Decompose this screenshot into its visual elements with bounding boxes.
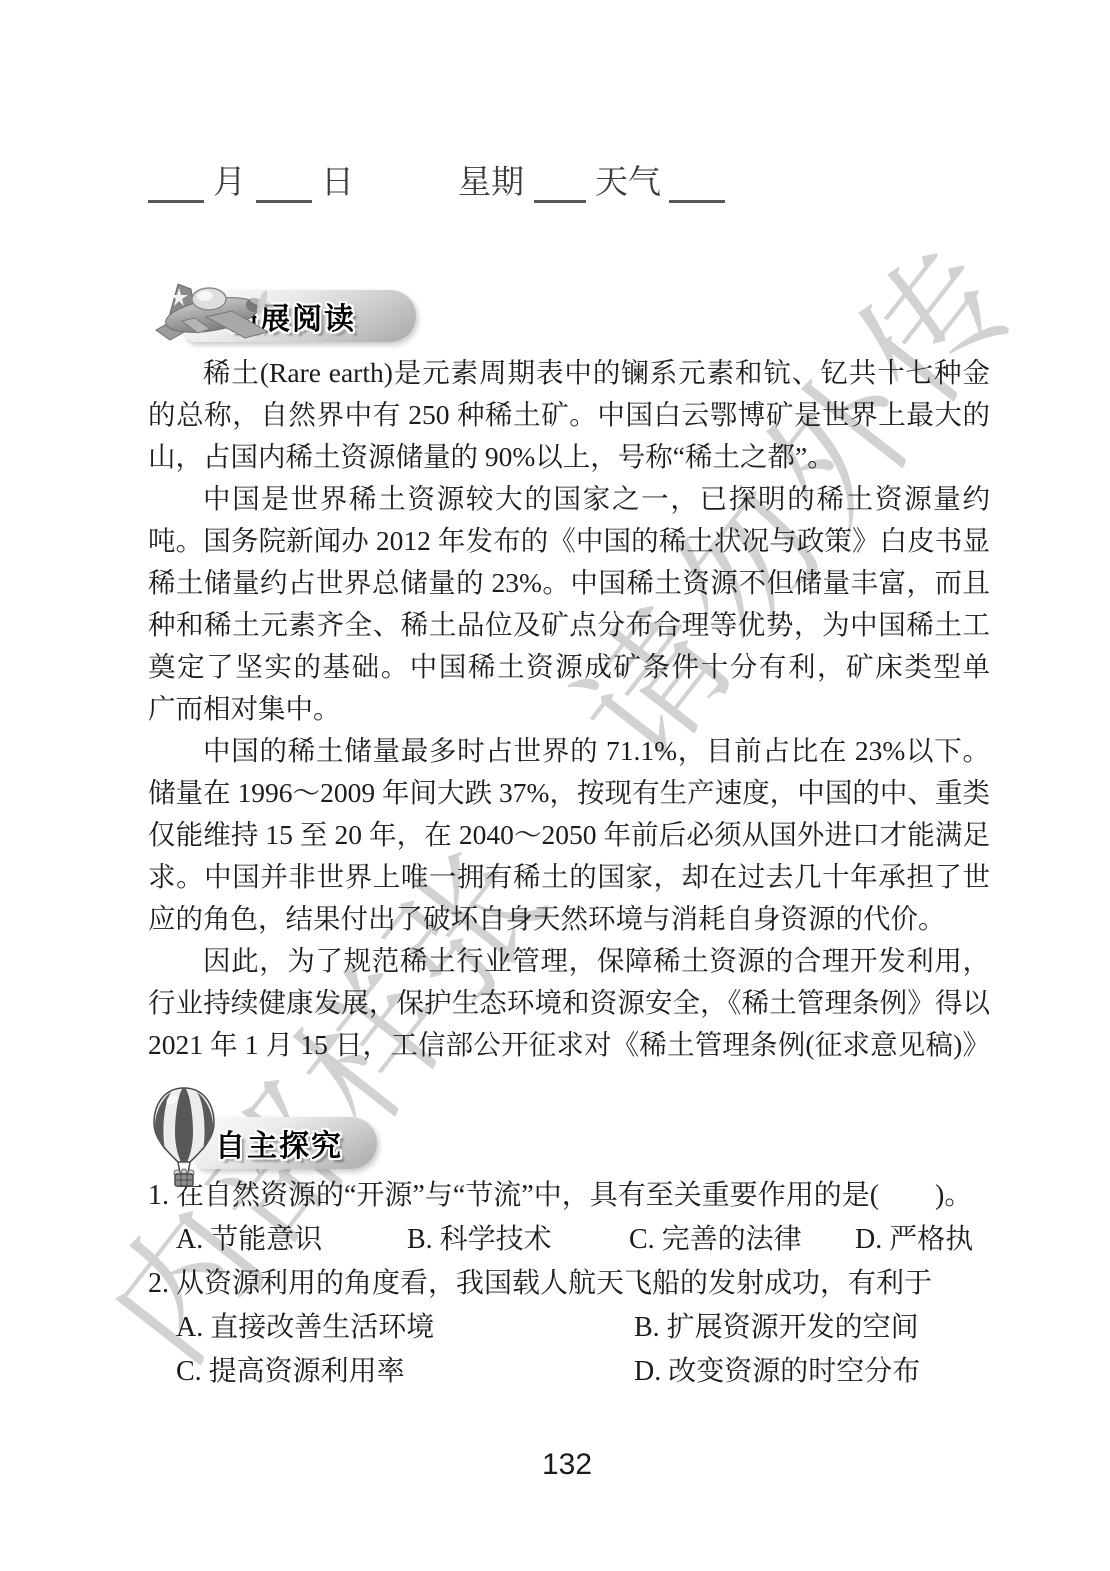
day-label: 日 — [321, 156, 354, 203]
reading-line: 稀土(Rare earth)是元素周期表中的镧系元素和钪、钇共十七种金属元素 — [148, 352, 990, 394]
explore-badge-label: 自主探究 — [215, 1121, 343, 1165]
month-blank — [148, 160, 204, 203]
reading-line: 2021 年 1 月 15 日，工信部公开征求对《稀土管理条例(征求意见稿)》的… — [148, 1024, 990, 1066]
question-options: A. 直接改善生活环境B. 扩展资源开发的空间C. 提高资源利用率D. 改变资源… — [176, 1306, 990, 1394]
date-header: 月 日 星期 天气 — [148, 156, 725, 203]
balloon-icon — [150, 1086, 218, 1188]
option: B. 扩展资源开发的空间 — [634, 1306, 990, 1350]
option: C. 完善的法律 — [629, 1218, 855, 1262]
reading-line: 种和稀土元素齐全、稀土品位及矿点分布合理等优势，为中国稀土工业的发展 — [148, 604, 990, 646]
explore-badge-pill: 自主探究 — [195, 1117, 377, 1169]
reading-line: 中国的稀土储量最多时占世界的 71.1%，目前占比在 23%以下。中国稀土 — [148, 730, 990, 772]
reading-line: 中国是世界稀土资源较大的国家之一，已探明的稀土资源量约 6588 万 — [148, 478, 990, 520]
question-options: A. 节能意识B. 科学技术C. 完善的法律D. 严格执法 — [176, 1218, 990, 1262]
reading-line: 储量在 1996～2009 年间大跌 37%，按现有生产速度，中国的中、重类稀土… — [148, 772, 990, 814]
week-label: 星期 — [458, 156, 524, 203]
reading-line: 广而相对集中。 — [148, 688, 990, 730]
reading-line: 因此，为了规范稀土行业管理，保障稀土资源的合理开发利用，促进稀土 — [148, 940, 990, 982]
reading-line: 求。中国并非世界上唯一拥有稀土的国家，却在过去几十年承担了世界稀土供 — [148, 856, 990, 898]
reading-line: 行业持续健康发展，保护生态环境和资源安全，《稀土管理条例》得以制定。 — [148, 982, 990, 1024]
week-blank — [534, 160, 586, 203]
option: C. 提高资源利用率 — [176, 1350, 634, 1394]
reading-paragraphs: 稀土(Rare earth)是元素周期表中的镧系元素和钪、钇共十七种金属元素的总… — [148, 352, 990, 1066]
weather-blank — [669, 160, 725, 203]
option: D. 改变资源的时空分布 — [634, 1350, 990, 1394]
workbook-page: 内部样张 请勿外传 月 日 星期 天气 — [0, 0, 1110, 1571]
option: D. 严格执法 — [855, 1218, 990, 1262]
reading-line: 仅能维持 15 至 20 年，在 2040～2050 年前后必须从国外进口才能满… — [148, 814, 990, 856]
reading-line: 奠定了坚实的基础。中国稀土资源成矿条件十分有利，矿床类型单一，分布面 — [148, 646, 990, 688]
section-badge-reading: 拓展阅读 — [148, 276, 428, 356]
question-stem: 1. 在自然资源的“开源”与“节流”中，具有至关重要作用的是( )。 — [148, 1174, 990, 1218]
option: A. 节能意识 — [176, 1218, 407, 1262]
question-stem: 2. 从资源利用的角度看，我国载人航天飞船的发射成功，有利于( )。 — [148, 1262, 990, 1306]
weather-label: 天气 — [595, 156, 661, 203]
reading-line: 的总称，自然界中有 250 种稀土矿。中国白云鄂博矿是世界上最大的稀土矿 — [148, 394, 990, 436]
reading-line: 应的角色，结果付出了破坏自身天然环境与消耗自身资源的代价。 — [148, 898, 990, 940]
plane-icon — [148, 276, 280, 354]
option: A. 直接改善生活环境 — [176, 1306, 634, 1350]
reading-line: 吨。国务院新闻办 2012 年发布的《中国的稀土状况与政策》白皮书显示，我国 — [148, 520, 990, 562]
option: B. 科学技术 — [407, 1218, 629, 1262]
questions: 1. 在自然资源的“开源”与“节流”中，具有至关重要作用的是( )。A. 节能意… — [148, 1174, 990, 1394]
reading-line: 山，占国内稀土资源储量的 90%以上，号称“稀土之都”。 — [148, 436, 990, 478]
page-number: 132 — [0, 1448, 1110, 1482]
reading-line: 稀土储量约占世界总储量的 23%。中国稀土资源不但储量丰富，而且还具有矿 — [148, 562, 990, 604]
month-label: 月 — [213, 156, 246, 203]
day-blank — [256, 160, 312, 203]
